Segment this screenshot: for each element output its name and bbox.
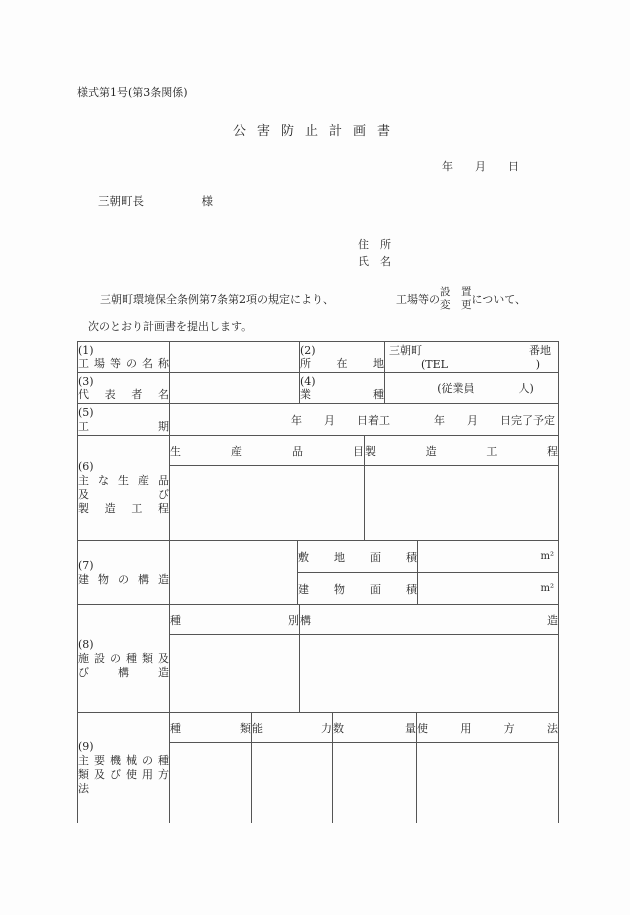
cell-2-text: 所在地 <box>300 357 384 371</box>
cell-3-label: (3) 代表者名 <box>78 373 170 404</box>
field-representative-name[interactable] <box>170 373 300 404</box>
tel-open: (TEL <box>421 358 448 372</box>
intro-line1-text: 三朝町環境保全条例第7条第2項の規定により、 <box>100 291 334 307</box>
cell-3-text: 代表者名 <box>78 388 169 402</box>
name-label: 氏 名 <box>358 253 391 270</box>
table-group-period: (5) 工期 年 月 日着工 年 月 日完了予定 <box>77 403 559 436</box>
cell-6-no: (6) <box>78 460 169 474</box>
cell-1-label: (1) 工場等の名称 <box>78 342 170 373</box>
cell-6-line3: 製造工程 <box>78 502 169 516</box>
choice-setup: 設 置 <box>440 286 472 299</box>
intro-line1: 三朝町環境保全条例第7条第2項の規定により、 工場等の 設 置 変 更 について… <box>88 282 566 316</box>
header-manufacturing-process: 製造工程 <box>365 436 559 466</box>
header-product-items: 生産品目 <box>170 436 365 466</box>
cell-3-no: (3) <box>78 375 169 389</box>
field-facility-type[interactable] <box>170 635 300 713</box>
intro-line1-after: について、 <box>472 291 527 307</box>
choice-change: 変 更 <box>440 299 472 312</box>
cell-5-label: (5) 工期 <box>78 404 170 436</box>
location-banchi: 番地 <box>529 344 551 358</box>
cell-8-label: (8) 施設の種類及 び構造 <box>78 605 170 713</box>
field-building-area[interactable]: m² <box>418 573 559 605</box>
cell-2-no: (2) <box>300 344 384 358</box>
intro-line1-mid: 工場等の <box>396 291 440 307</box>
date-line: 年 月 日 <box>77 158 557 174</box>
cell-7-no: (7) <box>78 559 169 573</box>
header-machine-quantity: 数量 <box>333 713 417 743</box>
field-machine-capacity[interactable] <box>252 743 333 824</box>
table-group-products: (6) 主な生産品 及び 製造工程 生産品目 製造工程 <box>77 435 559 541</box>
form-sheet: 様式第1号(第3条関係) 公害防止計画書 年 月 日 三朝町長 様 住 所 氏 … <box>0 0 630 915</box>
field-machine-type[interactable] <box>170 743 252 824</box>
tel-close: ) <box>536 358 540 372</box>
header-facility-type: 種別 <box>170 605 300 635</box>
contact-block: 住 所 氏 名 <box>358 236 391 270</box>
cell-8-line2: び構造 <box>78 666 169 680</box>
cell-7-text: 建物の構造 <box>78 573 169 587</box>
table-group-building: (7) 建物の構造 敷地面積 m² 建物面積 m² <box>77 540 559 605</box>
intro-paragraph: 三朝町環境保全条例第7条第2項の規定により、 工場等の 設 置 変 更 について… <box>88 282 566 334</box>
table-row: (3) 代表者名 (4) 業種 (従業員 人) <box>78 373 559 404</box>
cell-9-no: (9) <box>78 740 169 754</box>
field-location[interactable]: 三朝町 番地 (TEL ) <box>385 342 559 373</box>
field-construction-period[interactable]: 年 月 日着工 年 月 日完了予定 <box>170 404 559 436</box>
header-facility-structure: 構造 <box>300 605 559 635</box>
cell-6-label: (6) 主な生産品 及び 製造工程 <box>78 436 170 541</box>
cell-4-label: (4) 業種 <box>300 373 385 404</box>
table-group-machines: (9) 主要機械の種 類及び使用方 法 種類 能力 数量 使用方法 <box>77 712 559 823</box>
field-factory-name[interactable] <box>170 342 300 373</box>
field-machine-quantity[interactable] <box>333 743 417 824</box>
table-row: (7) 建物の構造 敷地面積 m² <box>78 541 559 573</box>
header-machine-capacity: 能力 <box>252 713 333 743</box>
field-facility-structure[interactable] <box>300 635 559 713</box>
table-row: (9) 主要機械の種 類及び使用方 法 種類 能力 数量 使用方法 <box>78 713 559 743</box>
header-machine-type: 種類 <box>170 713 252 743</box>
cell-9-label: (9) 主要機械の種 類及び使用方 法 <box>78 713 170 824</box>
field-employees[interactable]: (従業員 人) <box>385 373 559 404</box>
table-row: (8) 施設の種類及 び構造 種別 構造 <box>78 605 559 635</box>
cell-1-no: (1) <box>78 344 169 358</box>
cell-7-label: (7) 建物の構造 <box>78 541 170 605</box>
period-text: 年 月 日着工 年 月 日完了予定 <box>170 412 558 428</box>
cell-9-line3: 法 <box>78 782 169 796</box>
header-building-area: 建物面積 <box>298 573 418 605</box>
field-manufacturing-process[interactable] <box>365 466 559 541</box>
table-group-basic: (1) 工場等の名称 (2) 所在地 三朝町 番地 (TEL ) <box>77 341 559 404</box>
plan-table: (1) 工場等の名称 (2) 所在地 三朝町 番地 (TEL ) <box>77 341 558 823</box>
table-group-facilities: (8) 施設の種類及 び構造 種別 構造 <box>77 604 559 713</box>
field-site-area[interactable]: m² <box>418 541 559 573</box>
location-line1: 三朝町 番地 <box>385 343 558 358</box>
cell-1-text: 工場等の名称 <box>78 357 169 371</box>
cell-5-no: (5) <box>78 406 169 420</box>
employees-text: (従業員 人) <box>385 380 558 396</box>
header-site-area: 敷地面積 <box>298 541 418 573</box>
setup-change-choice: 設 置 変 更 <box>440 286 472 312</box>
location-tel-line: (TEL ) <box>385 358 558 372</box>
intro-line2: 次のとおり計画書を提出します。 <box>88 318 566 334</box>
field-building-structure[interactable] <box>170 541 298 605</box>
cell-8-no: (8) <box>78 638 169 652</box>
table-row: (5) 工期 年 月 日着工 年 月 日完了予定 <box>78 404 559 436</box>
cell-6-line1: 主な生産品 <box>78 474 169 488</box>
cell-6-line2: 及び <box>78 488 169 502</box>
address-label: 住 所 <box>358 236 391 253</box>
cell-4-text: 業種 <box>300 388 384 402</box>
site-area-unit: m² <box>418 551 558 562</box>
cell-4-no: (4) <box>300 375 384 389</box>
cell-8-line1: 施設の種類及 <box>78 652 169 666</box>
location-town: 三朝町 <box>389 344 422 358</box>
page-title: 公害防止計画書 <box>77 120 557 139</box>
table-row: (6) 主な生産品 及び 製造工程 生産品目 製造工程 <box>78 436 559 466</box>
table-row: (1) 工場等の名称 (2) 所在地 三朝町 番地 (TEL ) <box>78 342 559 373</box>
form-number: 様式第1号(第3条関係) <box>77 84 188 100</box>
addressee-line: 三朝町長 様 <box>98 193 213 209</box>
cell-9-line2: 類及び使用方 <box>78 768 169 782</box>
cell-2-label: (2) 所在地 <box>300 342 385 373</box>
cell-9-line1: 主要機械の種 <box>78 754 169 768</box>
field-product-items[interactable] <box>170 466 365 541</box>
cell-5-text: 工期 <box>78 420 169 434</box>
header-machine-usage: 使用方法 <box>417 713 559 743</box>
field-machine-usage[interactable] <box>417 743 559 824</box>
building-area-unit: m² <box>418 583 558 594</box>
